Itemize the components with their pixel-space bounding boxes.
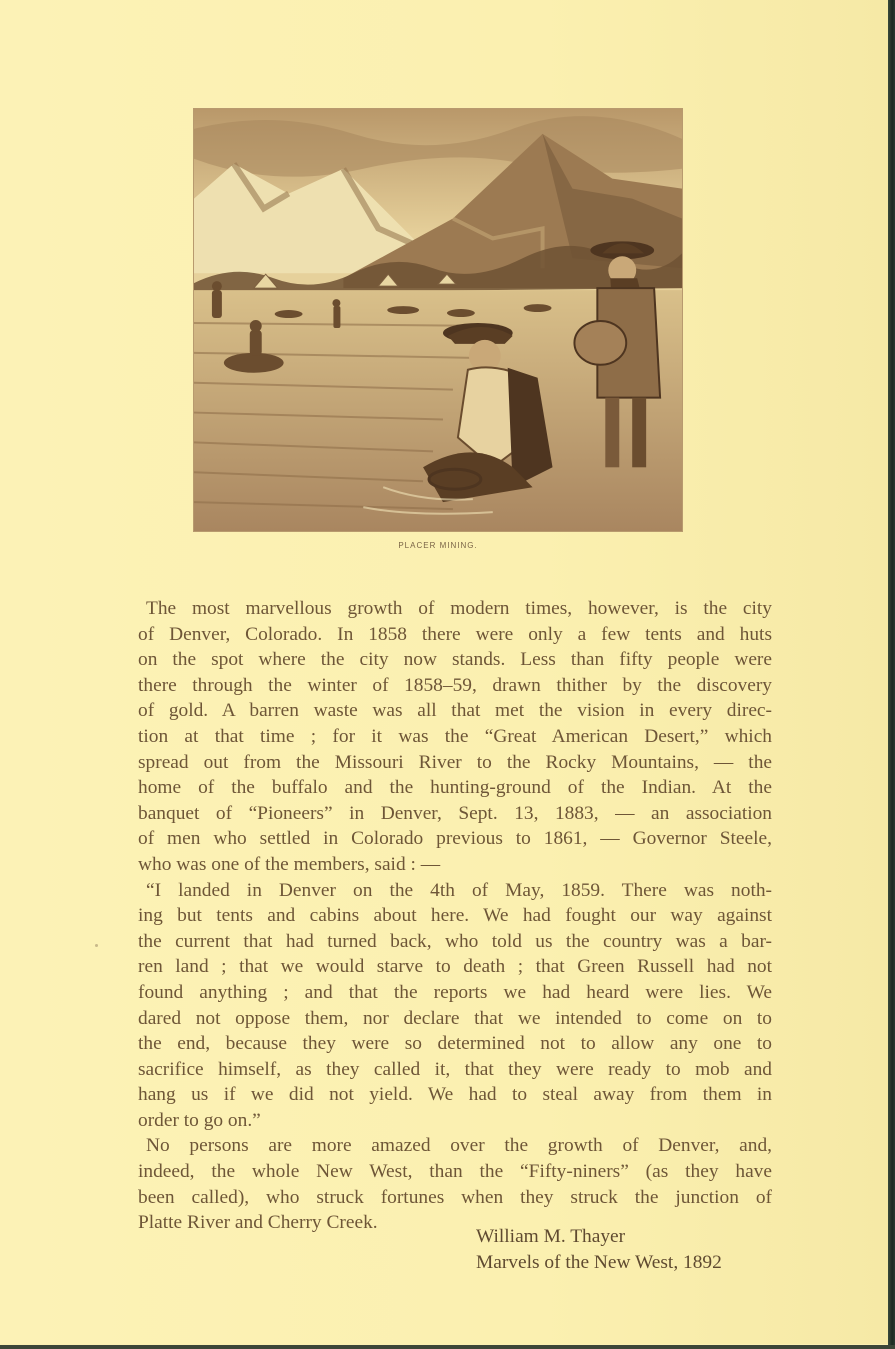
text-line: banquet of “Pioneers” in Denver, Sept. 1… (138, 801, 772, 827)
text-line: found anything ; and that the reports we… (138, 980, 772, 1006)
author-name: William M. Thayer (476, 1224, 722, 1250)
text-line: sacrifice himself, as they called it, th… (138, 1057, 772, 1083)
text-line: spread out from the Missouri River to th… (138, 750, 772, 776)
book-spine-edge (888, 0, 895, 1349)
text-line: The most marvellous growth of modern tim… (138, 596, 772, 622)
text-line: on the spot where the city now stands. L… (138, 647, 772, 673)
paper-blemish (95, 944, 98, 947)
source-title: Marvels of the New West, 1892 (476, 1250, 722, 1276)
paragraph-1: The most marvellous growth of modern tim… (138, 596, 772, 878)
text-line: No persons are more amazed over the grow… (138, 1133, 772, 1159)
engraving-image (194, 109, 682, 531)
text-line: “I landed in Denver on the 4th of May, 1… (138, 878, 772, 904)
text-line: the current that had turned back, who to… (138, 929, 772, 955)
paragraph-2-quote: “I landed in Denver on the 4th of May, 1… (138, 878, 772, 1134)
text-line: order to go on.” (138, 1108, 772, 1134)
paragraph-3: No persons are more amazed over the grow… (138, 1133, 772, 1235)
text-line: of Denver, Colorado. In 1858 there were … (138, 622, 772, 648)
text-line: indeed, the whole New West, than the “Fi… (138, 1159, 772, 1185)
text-line: ing but tents and cabins about here. We … (138, 903, 772, 929)
text-line: there through the winter of 1858–59, dra… (138, 673, 772, 699)
page-bottom-edge (0, 1345, 895, 1349)
text-line: of gold. A barren waste was all that met… (138, 698, 772, 724)
attribution: William M. Thayer Marvels of the New Wes… (476, 1224, 722, 1276)
text-line: who was one of the members, said : — (138, 852, 772, 878)
text-line: been called), who struck fortunes when t… (138, 1185, 772, 1211)
text-line: the end, because they were so determined… (138, 1031, 772, 1057)
article-body: The most marvellous growth of modern tim… (138, 596, 772, 1236)
figure-caption: PLACER MINING. (193, 541, 683, 550)
text-line: tion at that time ; for it was the “Grea… (138, 724, 772, 750)
text-line: ren land ; that we would starve to death… (138, 954, 772, 980)
text-line: home of the buffalo and the hunting-grou… (138, 775, 772, 801)
text-line: dared not oppose them, nor declare that … (138, 1006, 772, 1032)
text-line: of men who settled in Colorado previous … (138, 826, 772, 852)
placer-mining-illustration (193, 108, 683, 532)
text-line: hang us if we did not yield. We had to s… (138, 1082, 772, 1108)
